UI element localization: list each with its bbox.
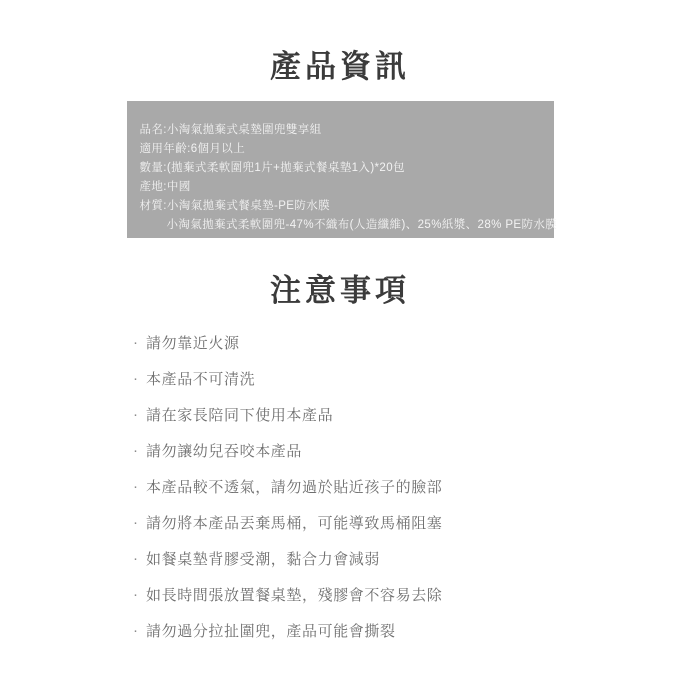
- notice-text: 請勿將本產品丟棄馬桶，可能導致馬桶阻塞: [146, 512, 442, 533]
- bullet-icon: ·: [133, 442, 146, 459]
- notice-item: · 請勿讓幼兒吞咬本產品: [133, 440, 680, 460]
- bullet-icon: ·: [133, 586, 146, 603]
- notice-item: · 請勿過分拉扯圍兜，產品可能會撕裂: [133, 620, 680, 640]
- bullet-icon: ·: [133, 550, 146, 567]
- product-detail-page: 產品資訊 品名:小淘氣拋棄式桌墊圍兜雙享組 適用年齡:6個月以上 數量:(拋棄式…: [0, 0, 680, 680]
- notice-text: 本產品不可清洗: [146, 368, 255, 389]
- bullet-icon: ·: [133, 478, 146, 495]
- notice-text: 請在家長陪同下使用本產品: [146, 404, 333, 425]
- info-row-origin: 產地:中國: [140, 178, 540, 197]
- notice-item: · 如長時間張放置餐桌墊，殘膠會不容易去除: [133, 584, 680, 604]
- notices-title: 注意事項: [0, 274, 680, 308]
- notice-text: 請勿過分拉扯圍兜，產品可能會撕裂: [146, 620, 396, 641]
- bullet-icon: ·: [133, 370, 146, 387]
- notice-text: 請勿讓幼兒吞咬本產品: [146, 440, 302, 461]
- product-info-box: 品名:小淘氣拋棄式桌墊圍兜雙享組 適用年齡:6個月以上 數量:(拋棄式柔軟圍兜1…: [127, 101, 554, 238]
- bullet-icon: ·: [133, 622, 146, 639]
- info-row-material: 材質:小淘氣拋棄式餐桌墊-PE防水膜: [140, 197, 540, 216]
- notice-text: 請勿靠近火源: [146, 332, 240, 353]
- notice-text: 如餐桌墊背膠受潮，黏合力會減弱: [146, 548, 380, 569]
- notice-item: · 請勿將本產品丟棄馬桶，可能導致馬桶阻塞: [133, 512, 680, 532]
- info-row-age: 適用年齡:6個月以上: [140, 140, 540, 159]
- bullet-icon: ·: [133, 514, 146, 531]
- notice-item: · 請勿靠近火源: [133, 332, 680, 352]
- notice-text: 本產品較不透氣，請勿過於貼近孩子的臉部: [146, 476, 442, 497]
- bullet-icon: ·: [133, 406, 146, 423]
- notice-item: · 如餐桌墊背膠受潮，黏合力會減弱: [133, 548, 680, 568]
- notice-item: · 本產品較不透氣，請勿過於貼近孩子的臉部: [133, 476, 680, 496]
- product-info-title: 產品資訊: [0, 0, 680, 84]
- notice-text: 如長時間張放置餐桌墊，殘膠會不容易去除: [146, 584, 442, 605]
- notice-item: · 本產品不可清洗: [133, 368, 680, 388]
- info-row-quantity: 數量:(拋棄式柔軟圍兜1片+拋棄式餐桌墊1入)*20包: [140, 159, 540, 178]
- notice-item: · 請在家長陪同下使用本產品: [133, 404, 680, 424]
- info-row-material-cont: 小淘氣拋棄式柔軟圍兜-47%不織布(人造纖維)、25%紙漿、28% PE防水膜: [140, 216, 540, 235]
- bullet-icon: ·: [133, 334, 146, 351]
- notices-list: · 請勿靠近火源 · 本產品不可清洗 · 請在家長陪同下使用本產品 · 請勿讓幼…: [0, 332, 680, 640]
- info-row-product-name: 品名:小淘氣拋棄式桌墊圍兜雙享組: [140, 121, 540, 140]
